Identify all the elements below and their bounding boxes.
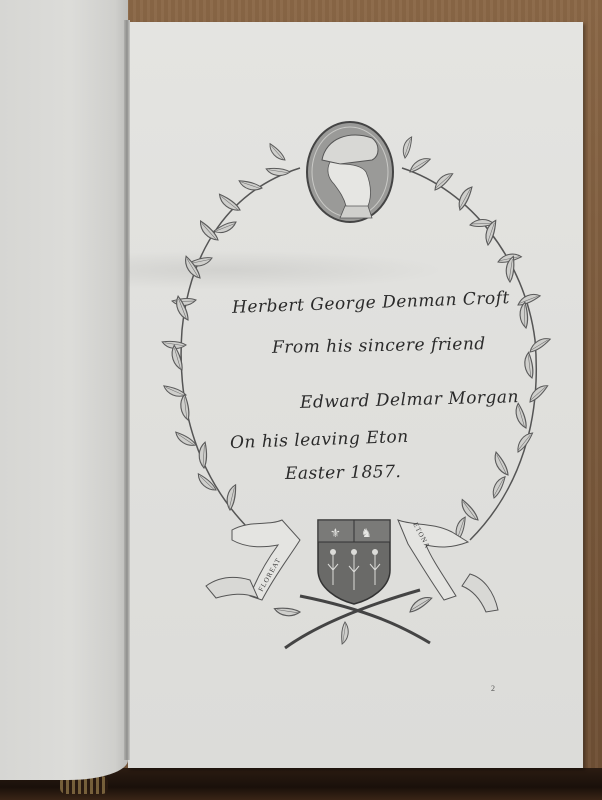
- svg-text:⚜: ⚜: [330, 526, 341, 540]
- inscription-date: Easter 1857.: [285, 462, 402, 484]
- svg-text:♞: ♞: [361, 526, 372, 540]
- page-mark: 2: [491, 684, 495, 693]
- eton-coat-of-arms-icon: ⚜ ♞: [318, 520, 390, 604]
- minerva-medallion-icon: [307, 122, 393, 222]
- inscription-from: From his sincere friend: [272, 334, 486, 358]
